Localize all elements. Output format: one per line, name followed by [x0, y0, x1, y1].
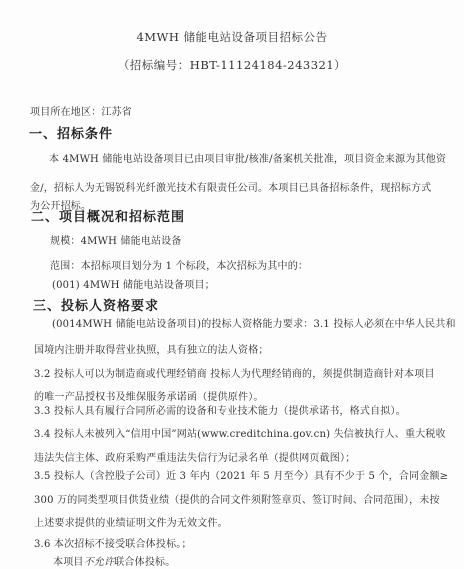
project-location: 项目所在地区：江苏省	[30, 103, 132, 118]
section-heading-2: 二、项目概况和招标范围	[31, 206, 185, 225]
paragraph-line: 金/，招标人为无锡锐科光纤激光技术有限责任公司。本项目已具备招标条件，现招标方式	[30, 179, 431, 194]
scale-line: 规模：4MWH 储能电站设备	[50, 232, 182, 247]
requirement-line: 3.4 投标人未被列入“信用中国”网站(www.creditchina.gov.…	[34, 425, 446, 440]
section-heading-3: 三、投标人资格要求	[33, 295, 159, 314]
scope-line: 范围：本招标项目划分为 1 个标段，本次招标为其中的：	[50, 257, 308, 272]
lot-line: (001) 4MWH 储能电站设备项目；	[52, 276, 215, 291]
consortium-note: 本项目不允许联合体投标。	[53, 553, 175, 568]
requirement-line: 3.5 投标人（含控股子公司）近 3 年内（2021 年 5 月至今）具有不少于…	[34, 467, 448, 482]
document-page: 4MWH 储能电站设备项目招标公告 （招标编号：HBT-11124184-243…	[0, 0, 464, 569]
requirement-line: 违法失信主体、政府采购严重违法失信行为记录名单（提供网页截图）；	[34, 449, 355, 464]
note-suffix: 联合体投标。	[114, 557, 175, 568]
note-prefix: 本项目	[53, 557, 84, 568]
tender-code: （招标编号：HBT-11124184-243321）	[0, 57, 464, 73]
requirement-line: 3.6 本次招标不接受联合体投标。；	[34, 535, 192, 550]
requirement-line: 上述要求提供的业绩证明文件为无效文件。	[34, 514, 228, 529]
requirement-line: 的唯一产品授权书及维保服务承诺函（提供原件）。	[34, 388, 264, 403]
paragraph-line: 本 4MWH 储能电站设备项目已由项目审批/核准/备案机关批准，项目资金来源为其…	[49, 150, 446, 165]
note-italic: 不允许	[84, 557, 115, 568]
requirement-line: 国境内注册并取得营业执照，具有独立的法人资格；	[34, 341, 269, 356]
document-title: 4MWH 储能电站设备项目招标公告	[0, 29, 464, 45]
requirement-line: (0014MWH 储能电站设备项目)的投标人资格能力要求：3.1 投标人必须在中…	[52, 315, 456, 330]
requirement-line: 300 万的同类型项目供货业绩（提供的合同文件须附签章页、签订时间、合同范围），…	[34, 491, 440, 506]
requirement-line: 3.2 投标人可以为制造商或代理经销商 投标人为代理经销商的，须提供制造商针对本…	[34, 365, 435, 380]
section-heading-1: 一、招标条件	[29, 123, 113, 142]
requirement-line: 3.3 投标人具有履行合同所必需的设备和专业技术能力（提供承诺书，格式自拟）。	[34, 402, 406, 417]
